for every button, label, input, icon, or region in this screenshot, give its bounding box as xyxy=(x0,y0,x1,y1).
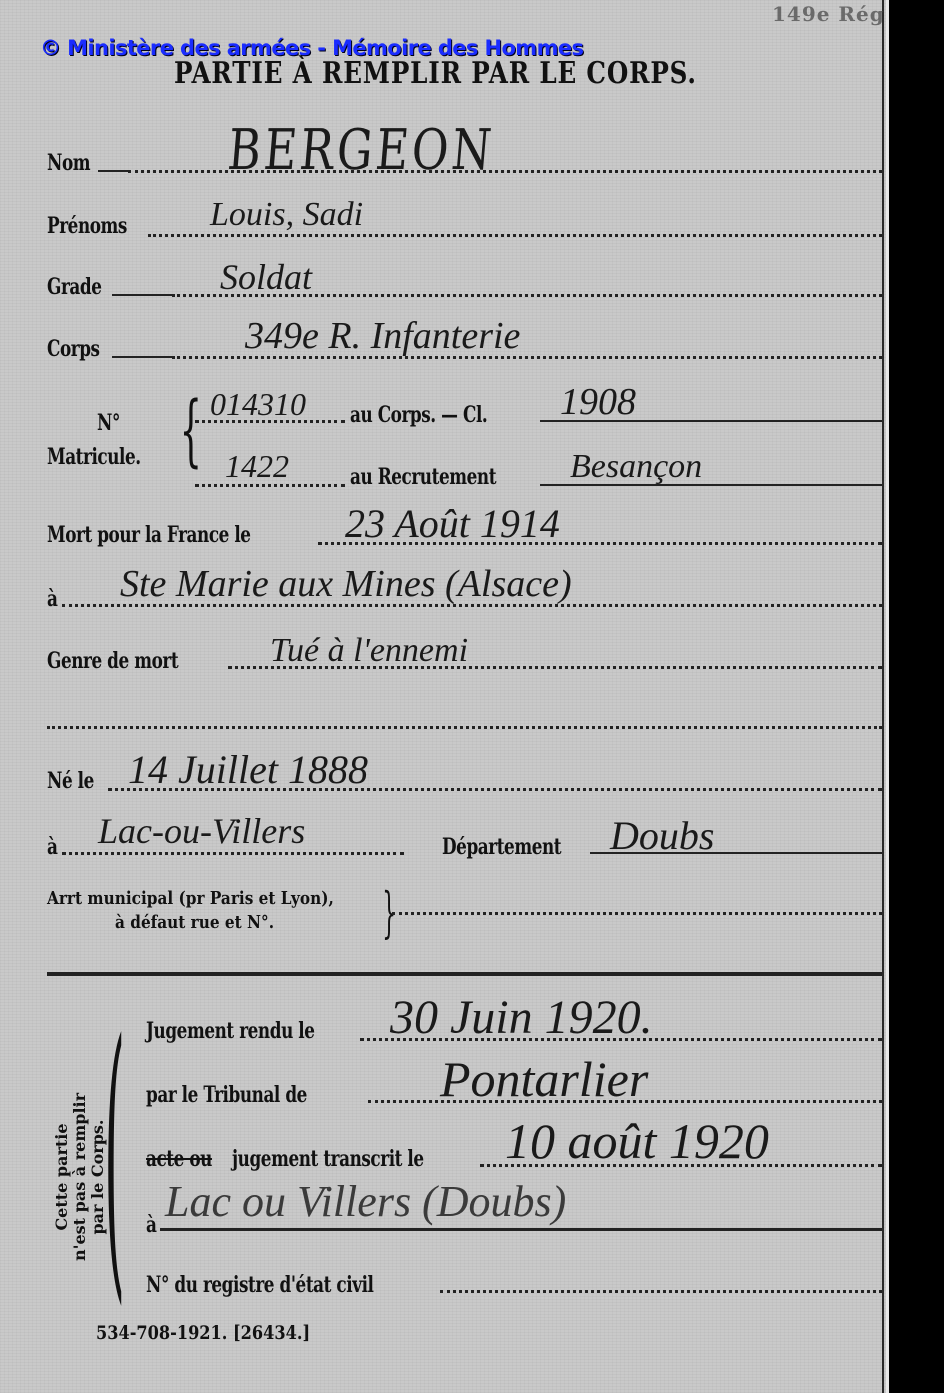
mort-a-value: Ste Marie aux Mines (Alsace) xyxy=(120,562,572,606)
print-reference: 534-708-1921. [26434.] xyxy=(96,1322,310,1344)
nom-value: BERGEON xyxy=(225,118,497,183)
registre-label: N° du registre d'état civil xyxy=(146,1272,374,1298)
matricule-corps-value: 014310 xyxy=(210,386,306,423)
arrondissement-line xyxy=(392,912,882,915)
transcrit-a-label: à xyxy=(146,1212,156,1238)
corps-label: Corps xyxy=(47,336,100,362)
nom-line-lead xyxy=(98,170,128,172)
genre-de-mort-label: Genre de mort xyxy=(47,648,178,674)
arrondissement-label-1: Arrt municipal (pr Paris et Lyon), xyxy=(47,888,334,909)
tribunal-label: par le Tribunal de xyxy=(146,1082,307,1108)
jugement-brace: ( xyxy=(104,1006,125,1306)
registre-line xyxy=(440,1290,882,1293)
arrondissement-label-2: à défaut rue et N°. xyxy=(115,912,274,933)
transcrit-label: jugement transcrit le xyxy=(232,1146,424,1172)
section-separator xyxy=(47,972,882,976)
grade-label: Grade xyxy=(47,274,101,300)
mort-a-label: à xyxy=(47,586,57,612)
ne-a-line xyxy=(62,852,404,855)
jugement-rendu-value: 30 Juin 1920. xyxy=(390,990,653,1045)
recrutement-value: Besançon xyxy=(570,448,702,486)
tribunal-value: Pontarlier xyxy=(440,1050,648,1108)
corps-line-lead xyxy=(112,356,172,358)
regiment-stamp: 149e Rég xyxy=(772,2,885,26)
blank-line xyxy=(47,726,882,729)
matricule-label: Matricule. xyxy=(47,444,141,470)
matricule-recrutement-value: 1422 xyxy=(225,448,289,485)
prenoms-line xyxy=(148,234,882,237)
grade-line-lead xyxy=(112,294,172,296)
ne-le-value: 14 Juillet 1888 xyxy=(128,746,368,793)
nom-label: Nom xyxy=(47,150,90,176)
side-note-line-1: Cette partie xyxy=(53,1057,71,1297)
ne-le-label: Né le xyxy=(47,768,94,794)
prenoms-label: Prénoms xyxy=(47,213,127,239)
genre-de-mort-value: Tué à l'ennemi xyxy=(270,632,468,670)
ne-a-value: Lac-ou-Villers xyxy=(98,810,305,852)
acte-ou-struck: acte ou xyxy=(146,1146,212,1172)
grade-value: Soldat xyxy=(220,256,312,298)
mort-le-value: 23 Août 1914 xyxy=(345,500,560,547)
departement-label: Département xyxy=(442,834,561,860)
prenoms-value: Louis, Sadi xyxy=(210,196,363,234)
matricule-label-n: N° xyxy=(97,410,120,436)
side-note: Cette partie n'est pas à remplir par le … xyxy=(53,1057,107,1297)
recrutement-label: au Recrutement xyxy=(350,464,496,490)
transcrit-a-value: Lac ou Villers (Doubs) xyxy=(165,1176,566,1227)
transcrit-value: 10 août 1920 xyxy=(505,1112,769,1170)
card-title: PARTIE À REMPLIR PAR LE CORPS. xyxy=(174,56,697,91)
ne-a-label: à xyxy=(47,834,57,860)
transcrit-a-line xyxy=(160,1228,882,1231)
side-note-line-2: n'est pas à remplir xyxy=(71,1057,89,1297)
card-edge-shadow xyxy=(882,0,884,1393)
departement-value: Doubs xyxy=(610,812,714,859)
classe-value: 1908 xyxy=(560,380,636,424)
matricule-brace: { xyxy=(180,392,202,470)
corps-value: 349e R. Infanterie xyxy=(245,314,520,358)
jugement-rendu-label: Jugement rendu le xyxy=(146,1018,315,1044)
copyright-watermark: © Ministère des armées - Mémoire des Hom… xyxy=(40,36,583,60)
matricule-corps-suffix: au Corps. — Cl. xyxy=(350,402,487,428)
card-edge xyxy=(886,0,889,1393)
mort-le-label: Mort pour la France le xyxy=(47,522,251,548)
